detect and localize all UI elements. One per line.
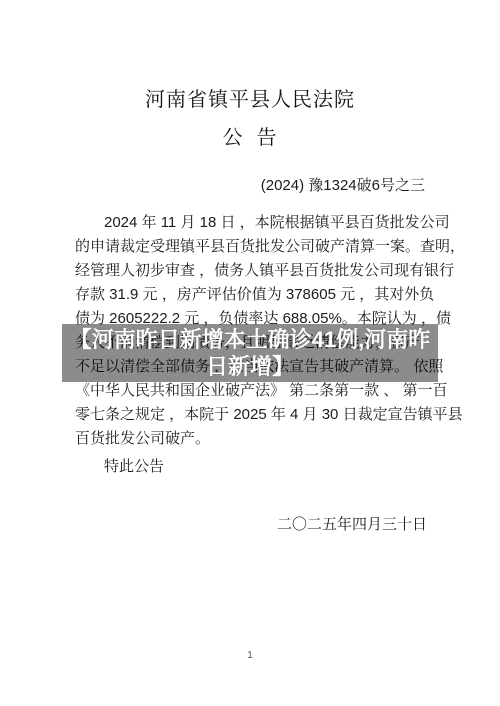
page-number: 1	[0, 650, 500, 661]
document-date: 二〇二五年四月三十日	[277, 513, 427, 534]
case-number: (2024) 豫1324破6号之三	[261, 174, 425, 195]
news-caption-overlay: 【河南昨日新增本土确诊41例,河南昨 日新增】	[62, 324, 438, 382]
body-line: 百货批发公司破产。	[75, 427, 427, 451]
body-line: 2024 年 11 月 18 日 ，本院根据镇平县百货批发公司	[75, 211, 427, 235]
court-announcement-document: 河南省镇平县人民法院 公 告 (2024) 豫1324破6号之三 2024 年 …	[0, 0, 500, 706]
body-line: 经管理人初步审查 ，债务人镇平县百货批发公司现有银行	[75, 259, 427, 283]
body-line: 《中华人民共和国企业破产法》 第二条第一款 、 第一百	[75, 379, 427, 403]
court-name-title: 河南省镇平县人民法院	[0, 83, 500, 112]
caption-text-line-2: 日新增】	[206, 353, 294, 380]
caption-text-line-1: 【河南昨日新增本土确诊41例,河南昨	[70, 326, 431, 353]
body-line: 的申请裁定受理镇平县百货批发公司破产清算一案。查明，	[75, 235, 427, 259]
body-line: 零七条之规定 ，本院于 2025 年 4 月 30 日裁定宣告镇平县	[75, 403, 427, 427]
body-line: 存款 31.9 元 ，房产评估价值为 378605 元 ，其对外负	[75, 283, 427, 307]
announcement-heading: 公 告	[0, 121, 500, 150]
closing-statement: 特此公告	[104, 455, 164, 479]
